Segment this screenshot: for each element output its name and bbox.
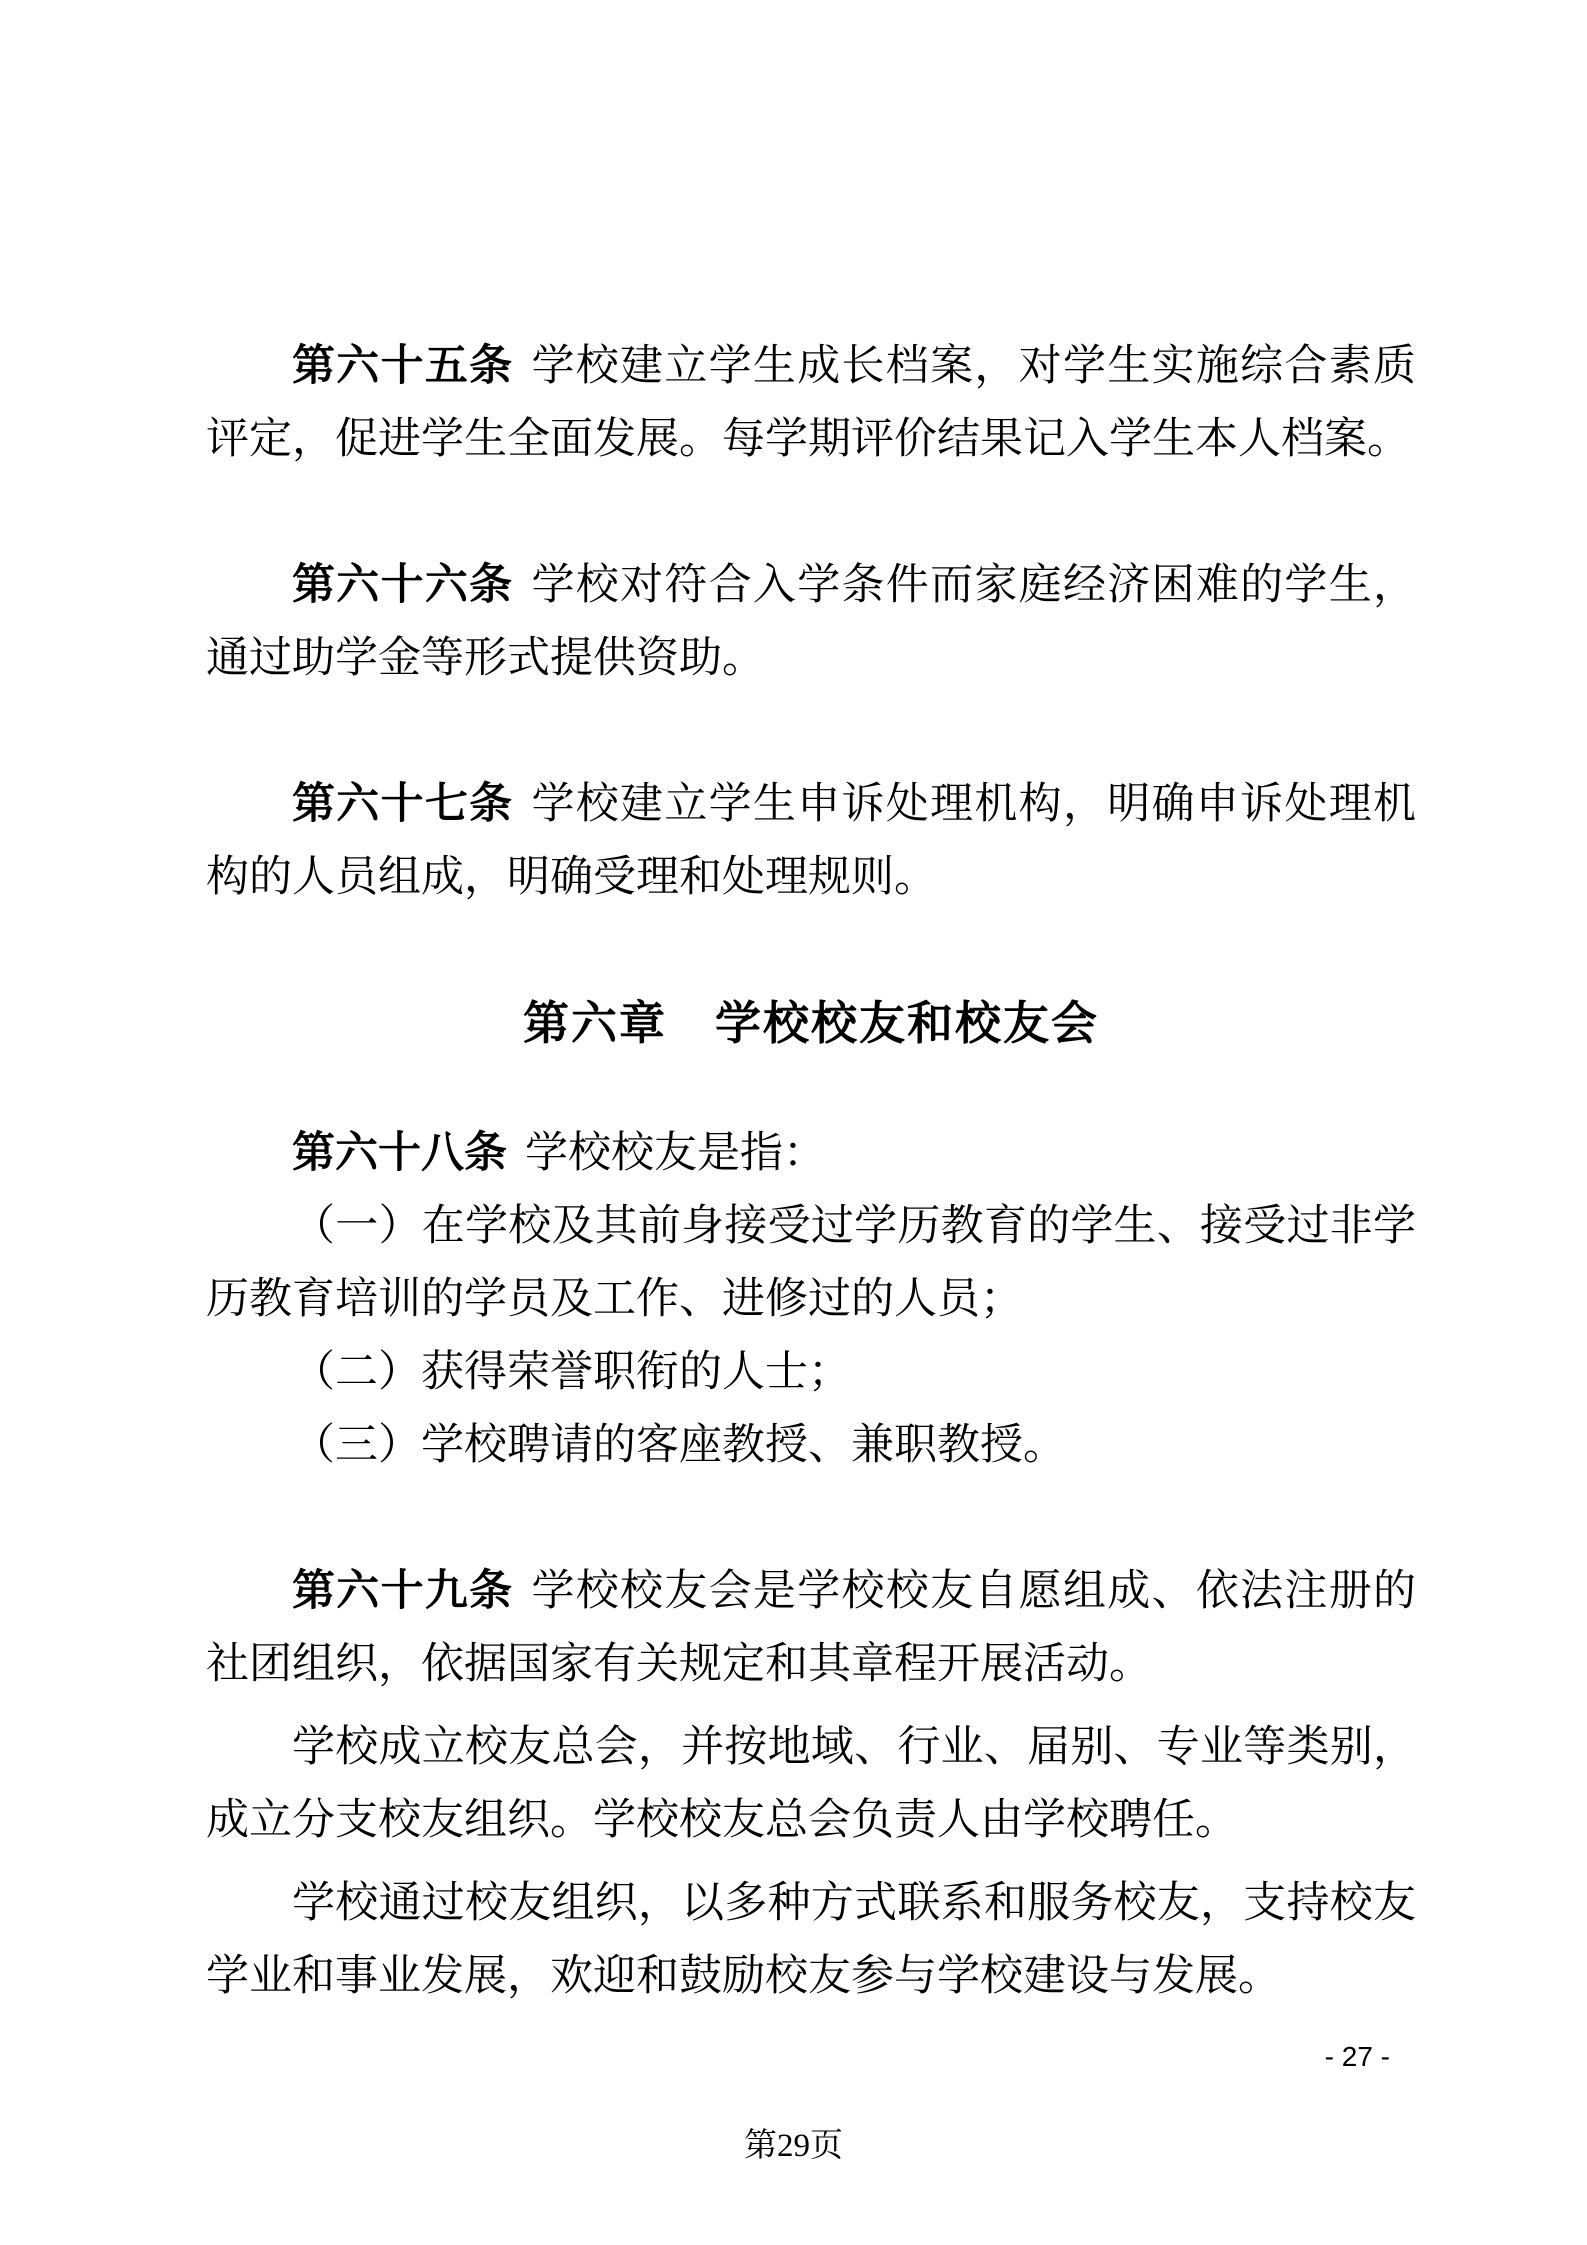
article-68-list-item: （三）学校聘请的客座教授、兼职教授。 <box>206 1409 1416 1482</box>
article-number-label: 第六十五条 <box>292 343 513 390</box>
article-68-list-item: （二）获得荣誉职衔的人士； <box>206 1336 1416 1409</box>
article-number-label: 第六十七条 <box>292 781 513 828</box>
chapter-heading: 第六章 学校校友和校友会 <box>206 987 1416 1060</box>
article-paragraph-65: 第六十五条学校建立学生成长档案，对学生实施综合素质评定，促进学生全面发展。每学期… <box>206 330 1416 476</box>
inline-page-number: - 27 - <box>1325 2040 1390 2074</box>
article-number-label: 第六十六条 <box>292 562 513 609</box>
footer-page-number: 第29页 <box>0 2126 1587 2166</box>
article-number-label: 第六十九条 <box>292 1568 513 1615</box>
article-69-paragraph: 学校成立校友总会，并按地域、行业、届别、专业等类别，成立分支校友组织。学校校友总… <box>206 1711 1416 1857</box>
article-number-label: 第六十八条 <box>292 1130 507 1177</box>
document-content: 第六十五条学校建立学生成长档案，对学生实施综合素质评定，促进学生全面发展。每学期… <box>206 330 1416 2013</box>
article-text: 学校校友是指： <box>525 1130 826 1177</box>
article-paragraph-68-intro: 第六十八条学校校友是指： <box>206 1117 1416 1190</box>
article-paragraph-66: 第六十六条学校对符合入学条件而家庭经济困难的学生，通过助学金等形式提供资助。 <box>206 549 1416 695</box>
document-page: 第六十五条学校建立学生成长档案，对学生实施综合素质评定，促进学生全面发展。每学期… <box>0 0 1587 2245</box>
article-68-list-item: （一）在学校及其前身接受过学历教育的学生、接受过非学历教育培训的学员及工作、进修… <box>206 1190 1416 1336</box>
article-paragraph-67: 第六十七条学校建立学生申诉处理机构，明确申诉处理机构的人员组成，明确受理和处理规… <box>206 768 1416 914</box>
article-paragraph-69: 第六十九条学校校友会是学校校友自愿组成、依法注册的社团组织，依据国家有关规定和其… <box>206 1555 1416 1701</box>
article-69-paragraph: 学校通过校友组织，以多种方式联系和服务校友，支持校友学业和事业发展，欢迎和鼓励校… <box>206 1867 1416 2013</box>
